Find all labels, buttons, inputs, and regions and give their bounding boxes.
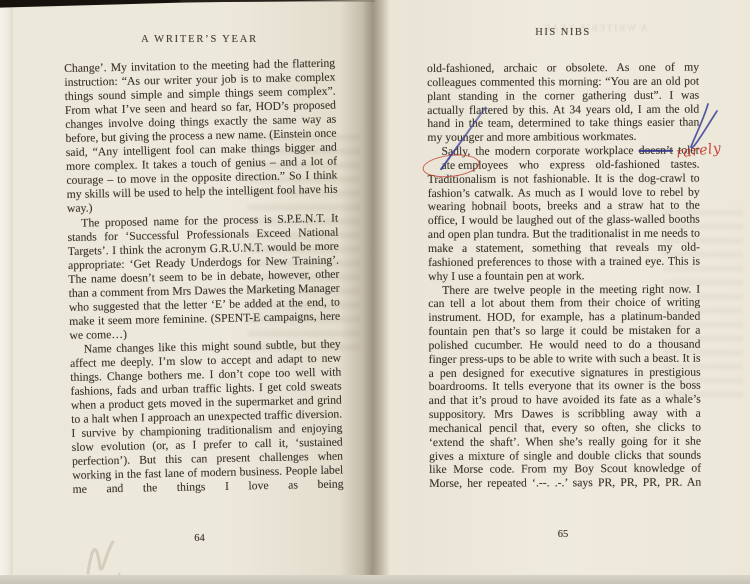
red-circle-annotation: ate em — [428, 159, 473, 173]
scan-bottom-edge — [0, 575, 750, 584]
book-scan: A WRITER’S YEAR Change’. My invitation t… — [0, 0, 750, 584]
circled-text: ate em — [442, 159, 473, 172]
paragraph-segment: ployees who express old-fashioned tastes… — [428, 157, 700, 282]
scan-top-edge-line — [180, 0, 375, 2]
paragraph-with-corrections: Sadly, the modern corporate workplace do… — [427, 144, 700, 284]
left-page: A WRITER’S YEAR Change’. My invitation t… — [0, 0, 375, 584]
page-left-edge-highlight — [0, 5, 13, 577]
right-page-number: 65 — [427, 529, 699, 540]
paragraph: Name changes like this might sound subtl… — [70, 337, 344, 497]
paragraph: Change’. My invitation to the meeting ha… — [64, 57, 338, 217]
right-running-header: HIS NIBS — [427, 27, 699, 38]
left-running-header: A WRITER’S YEAR — [64, 34, 335, 45]
blue-checkmark-stroke — [681, 101, 729, 157]
paragraph: The proposed name for the process is S.P… — [67, 211, 340, 343]
left-page-body: Change’. My invitation to the meeting ha… — [64, 57, 344, 498]
paragraph: There are twelve people in the meeting r… — [428, 282, 701, 491]
right-page-body: old-fashioned, archaic or obsolete. As o… — [427, 61, 701, 492]
paragraph-segment: Sadly, the modern corporate workplace — [441, 144, 638, 158]
right-page: A WRITER’S YEAR HIS NIBS old-fashioned, … — [375, 0, 750, 584]
paragraph: old-fashioned, archaic or obsolete. As o… — [427, 61, 699, 145]
strikethrough-annotation: doesn’t — [639, 144, 673, 157]
pencil-smudge-mark — [80, 533, 144, 579]
